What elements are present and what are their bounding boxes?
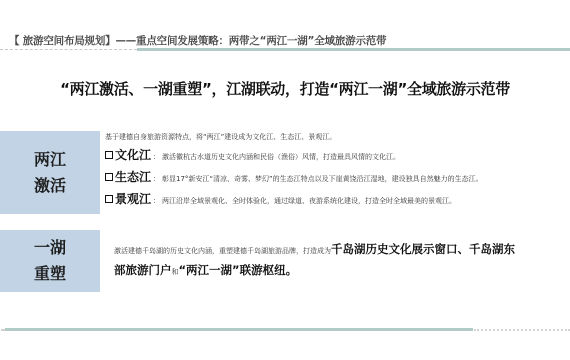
checkbox-square-icon [105, 151, 113, 159]
item-sep: ： [153, 174, 160, 184]
footer-dotted-divider [474, 329, 570, 331]
lake-emphasis-text: 千岛湖历史文化展示窗口、千岛湖东 [331, 241, 515, 257]
lake-text-line1: 激活建德千岛湖的历史文化内涵，重塑建德千岛湖旅游品牌，打造成为 千岛湖历史文化展… [114, 241, 515, 257]
item-sep: ： [153, 152, 160, 162]
label-box-two-rivers: 两江 激活 [0, 131, 100, 214]
label-line: 两江 [34, 147, 66, 173]
label-box-one-lake: 一湖 重塑 [0, 230, 100, 292]
header-accent-bar [137, 48, 570, 51]
footer-accent-bar [5, 328, 473, 331]
label-line: 激活 [34, 173, 66, 199]
list-item-scenic-river: 景观江 ： 两江沿岸全域景观化、全时体验化，通过绿道、夜游系统化建设，打造全时全… [105, 190, 456, 207]
item-key: 生态江 [115, 168, 151, 185]
checkbox-square-icon [105, 195, 113, 203]
item-desc: 激活徽杭古水道历史文化内涵和民俗（渔俗）风情，打造最具风情的文化江。 [162, 152, 400, 162]
item-sep: ： [153, 196, 160, 206]
lake-small-text: 激活建德千岛湖的历史文化内涵，重塑建德千岛湖旅游品牌，打造成为 [114, 246, 331, 256]
label-line: 重塑 [34, 261, 66, 287]
lake-emphasis-text: 部旅游门户 [114, 262, 172, 278]
section-intro: 基于建德自身旅游资源特点，将“两江”建设成为文化江、生态江、景观江。 [105, 132, 336, 142]
lake-text-line2: 部旅游门户 和 “两江一湖”联游枢纽。 [114, 262, 297, 278]
item-desc: 彰显17°新安江“清凉、奇雾、梦幻”的生态江特点以及下崖黄饶沿江湿地，建设独具自… [162, 174, 483, 184]
header-dashed-divider [0, 49, 137, 50]
item-desc: 两江沿岸全域景观化、全时体验化，通过绿道、夜游系统化建设，打造全时全域最美的景观… [162, 196, 456, 206]
list-item-culture-river: 文化江 ： 激活徽杭古水道历史文化内涵和民俗（渔俗）风情，打造最具风情的文化江。 [105, 146, 400, 163]
label-line: 一湖 [34, 235, 66, 261]
header-title: 【 旅游空间布局规划】——重点空间发展策略：两带之“两江一湖”全域旅游示范带 [9, 33, 386, 48]
item-key: 景观江 [115, 190, 151, 207]
checkbox-square-icon [105, 173, 113, 181]
headline: “两江激活、一湖重塑”，江湖联动，打造“两江一湖”全域旅游示范带 [0, 78, 570, 99]
lake-emphasis-text: “两江一湖”联游枢纽。 [179, 262, 298, 278]
lake-small-text: 和 [172, 267, 179, 277]
list-item-eco-river: 生态江 ： 彰显17°新安江“清凉、奇雾、梦幻”的生态江特点以及下崖黄饶沿江湿地… [105, 168, 483, 185]
item-key: 文化江 [115, 146, 151, 163]
